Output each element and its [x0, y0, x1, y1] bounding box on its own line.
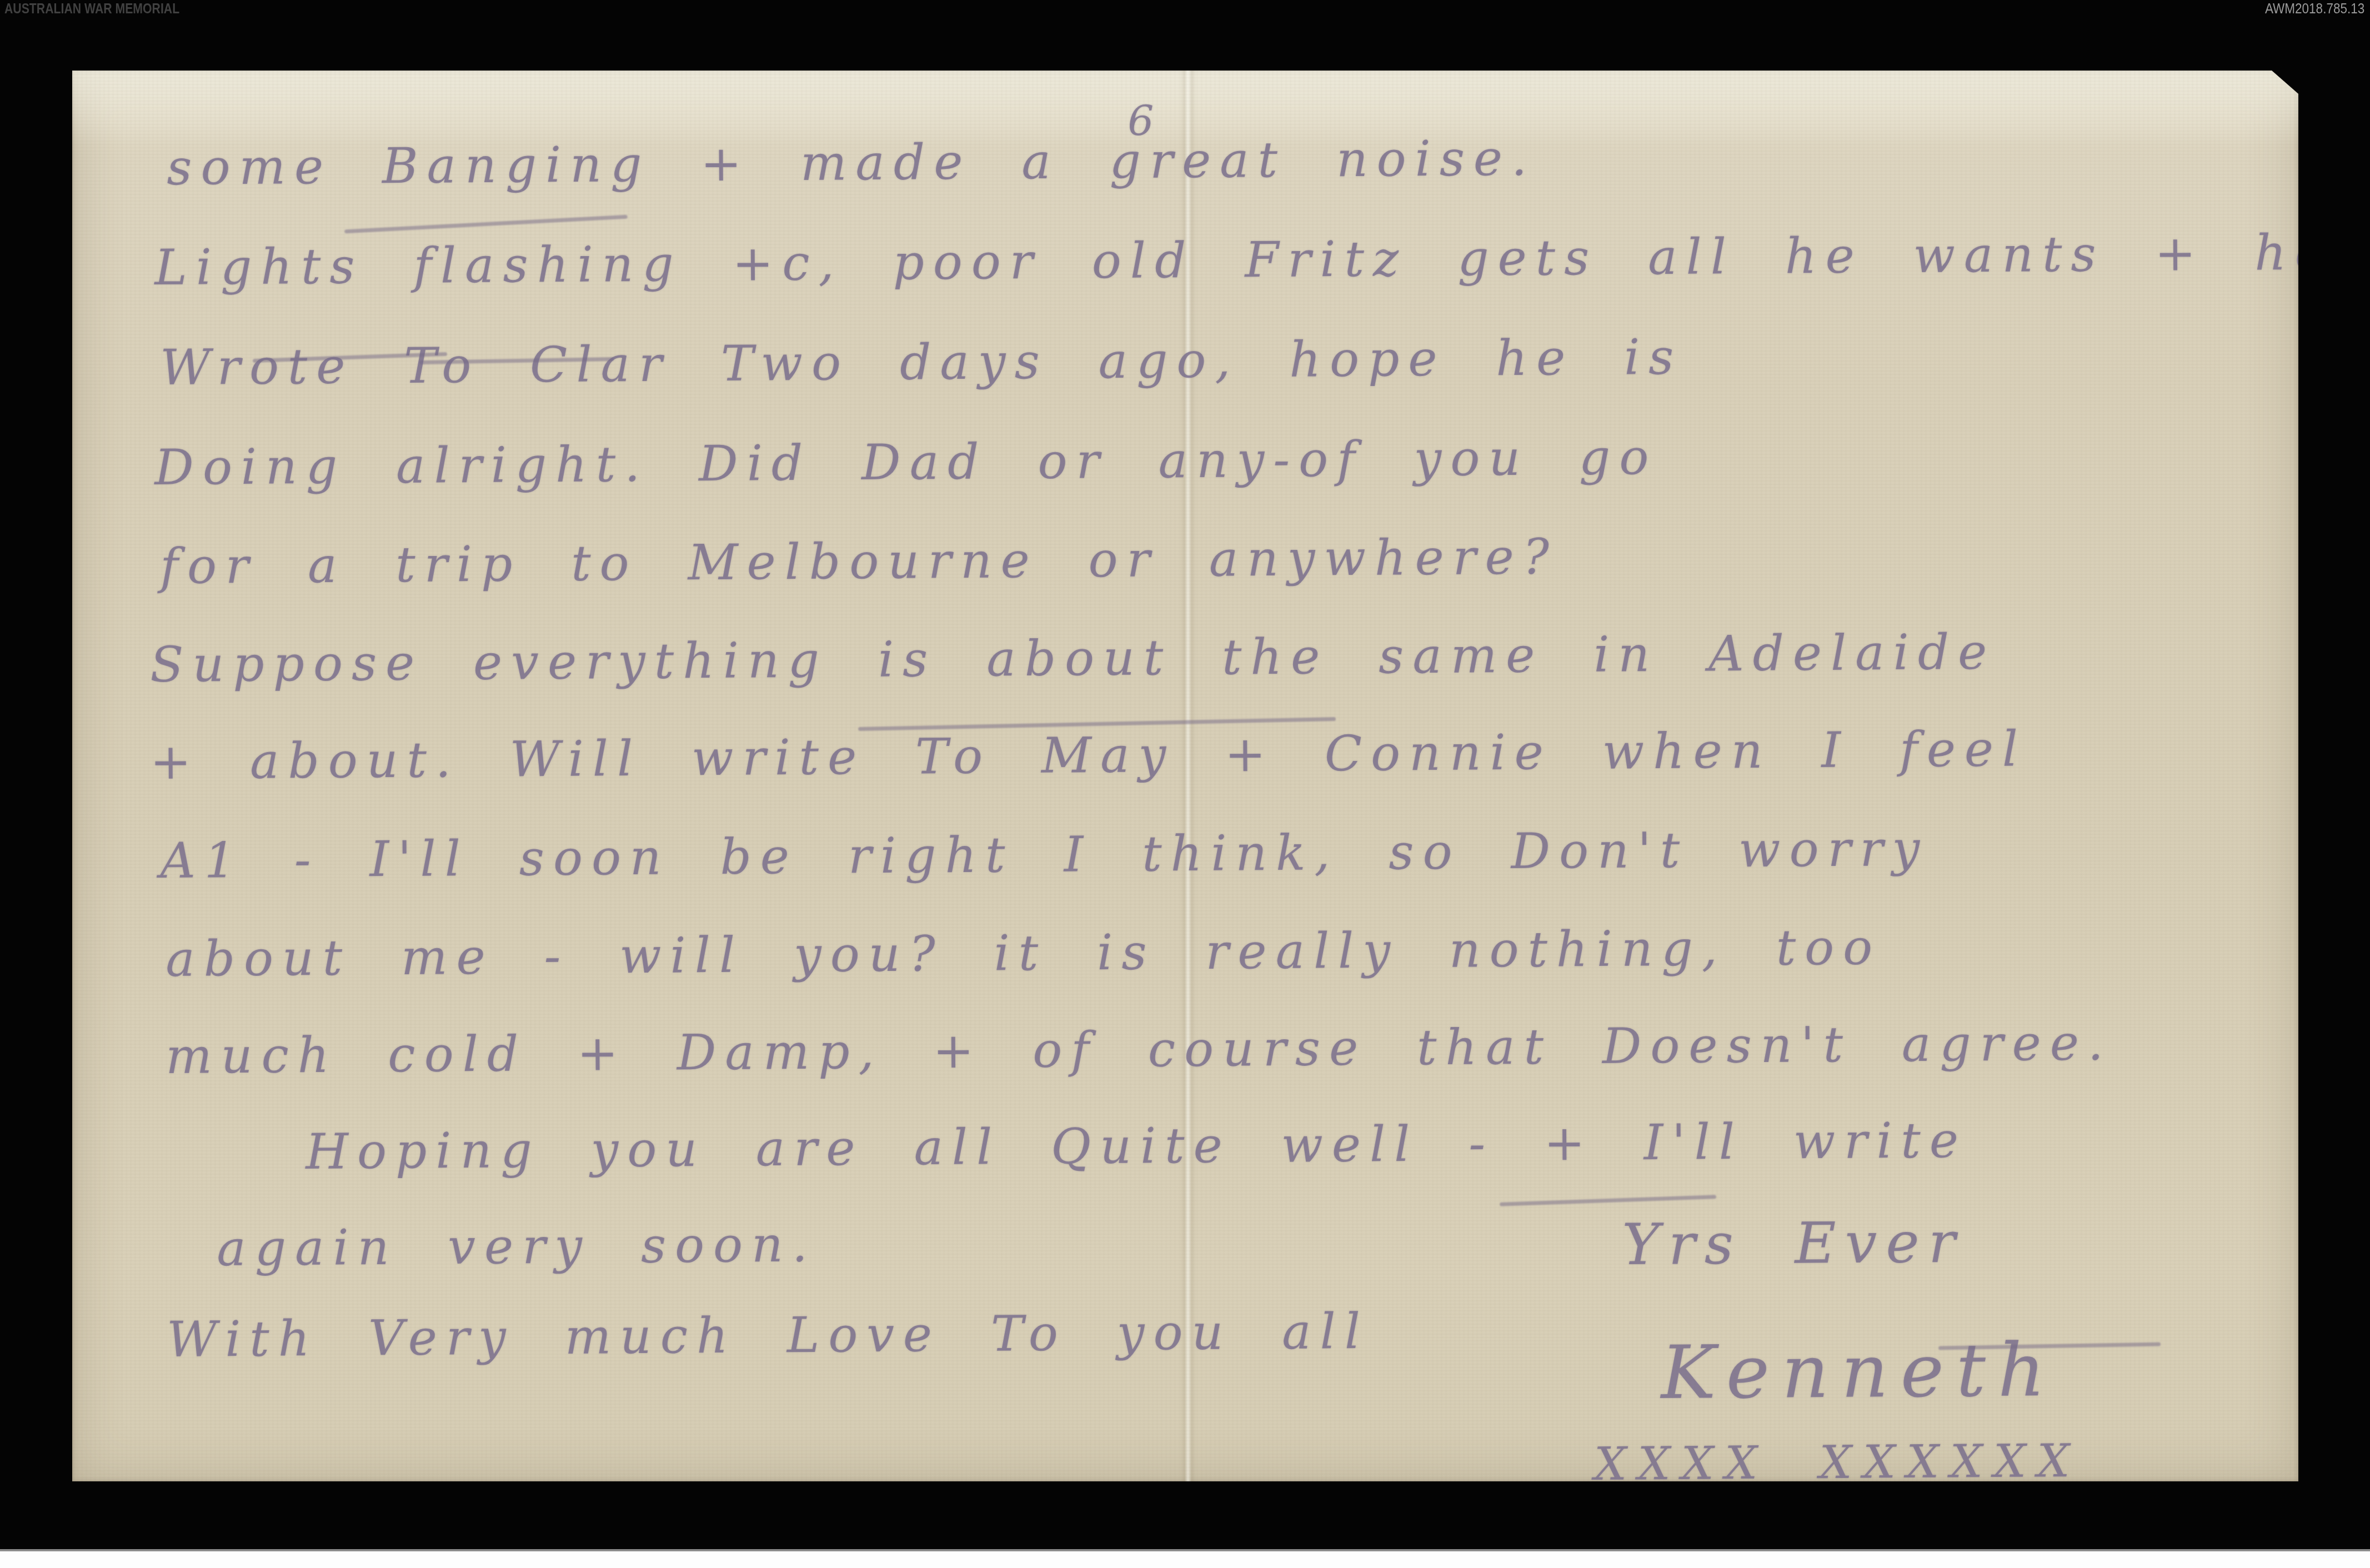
letter-line: for a trip to Melbourne or anywhere?: [160, 528, 1558, 595]
letter-line: Lights flashing +c, poor old Fritz gets …: [154, 223, 2370, 296]
letter-signature: Kenneth: [1661, 1327, 2057, 1416]
letter-line: + about. Will write To May + Connie when…: [150, 720, 2027, 790]
letter-line: Hoping you are all Quite well - + I'll w…: [305, 1111, 1967, 1180]
letter-line: about me - will you? it is really nothin…: [166, 918, 1881, 988]
letter-kisses: XXXX XXXXXX: [1594, 1435, 2081, 1491]
footer-bar: [0, 1549, 2370, 1568]
letter-line: Wrote To Clar Two days ago, hope he is: [160, 328, 1683, 396]
footer-institution-label: AUSTRALIAN WAR MEMORIAL: [4, 1, 179, 17]
letter-line: Suppose everything is about the same in …: [150, 623, 1996, 693]
letter-line: some Banging + made a great noise.: [167, 129, 1536, 196]
letter-line: Doing alright. Did Dad or any-of you go: [154, 428, 1658, 496]
letter-line: A1 - I'll soon be right I think, so Don'…: [160, 820, 1929, 889]
pen-stroke-underline-well: [1500, 1195, 1716, 1206]
letter-page: 6 some Banging + made a great noise. Lig…: [72, 71, 2298, 1481]
letter-closing: Yrs Ever: [1622, 1210, 1965, 1278]
footer-accession-number: AWM2018.785.13: [2265, 1, 2364, 17]
letter-line: much cold + Damp, + of course that Doesn…: [166, 1014, 2112, 1085]
letter-line: With Very much Love To you all: [167, 1303, 1369, 1368]
letter-line: again very soon.: [217, 1215, 816, 1277]
pen-stroke-underline-banging: [344, 215, 628, 234]
scan-background: 6 some Banging + made a great noise. Lig…: [0, 0, 2370, 1568]
